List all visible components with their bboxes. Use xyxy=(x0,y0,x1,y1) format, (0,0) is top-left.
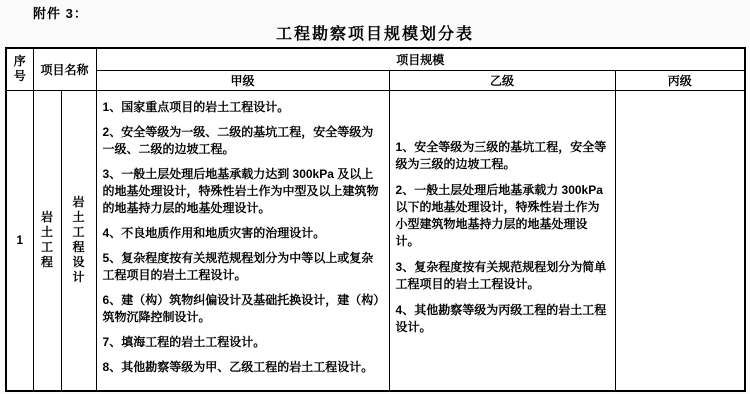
scale-item: 1、安全等级为三级的基坑工程，安全等级为三级的边坡工程。 xyxy=(396,139,609,173)
header-project-scale: 项目规模 xyxy=(96,48,745,70)
page-title: 工程勘察项目规模划分表 xyxy=(0,21,750,44)
scale-item: 5、复杂程度按有关规范规程划分为中等以上或复杂工程项目的岩土工程设计。 xyxy=(103,250,383,284)
row-subcategory-label: 岩土工程设计 xyxy=(72,195,86,285)
project-scale-table: 序号 项目名称 项目规模 甲级 乙级 丙级 1 岩土工程 岩土工程设计 1、国家… xyxy=(5,47,746,392)
header-grade-c: 丙级 xyxy=(615,70,745,90)
header-grade-a: 甲级 xyxy=(96,70,389,90)
row-serial: 1 xyxy=(6,90,33,391)
scale-item: 8、其他勘察等级为甲、乙级工程的岩土工程设计。 xyxy=(103,359,383,376)
row-subcategory: 岩土工程设计 xyxy=(61,90,96,391)
scale-item: 2、安全等级为一级、二级的基坑工程，安全等级为一级、二级的边坡工程。 xyxy=(103,124,383,158)
table-row: 1 岩土工程 岩土工程设计 1、国家重点项目的岩土工程设计。2、安全等级为一级、… xyxy=(6,90,745,391)
scale-item: 7、填海工程的岩土工程设计。 xyxy=(103,334,383,351)
header-serial-label: 序号 xyxy=(13,54,27,84)
scale-item: 6、建（构）筑物纠偏设计及基础托换设计，建（构）筑物沉降控制设计。 xyxy=(103,292,383,326)
scale-item: 1、国家重点项目的岩土工程设计。 xyxy=(103,99,383,116)
scale-item: 3、一般土层处理后地基承载力达到 300kPa 及以上的地基处理设计，特殊性岩土… xyxy=(103,166,383,217)
header-grade-b: 乙级 xyxy=(389,70,615,90)
scale-item: 4、不良地质作用和地质灾害的治理设计。 xyxy=(103,225,383,242)
grade-a-items-cell: 1、国家重点项目的岩土工程设计。2、安全等级为一级、二级的基坑工程，安全等级为一… xyxy=(96,90,389,391)
row-category: 岩土工程 xyxy=(33,90,61,391)
header-serial: 序号 xyxy=(6,48,33,90)
scale-item: 2、一般土层处理后地基承载力 300kPa 以下的地基处理设计，特殊性岩土作为小… xyxy=(396,182,609,250)
row-category-label: 岩土工程 xyxy=(40,210,54,270)
scale-item: 4、其他勘察等级为丙级工程的岩土工程设计。 xyxy=(396,302,609,336)
grade-b-items-cell: 1、安全等级为三级的基坑工程，安全等级为三级的边坡工程。2、一般土层处理后地基承… xyxy=(389,90,615,391)
grade-c-items-cell xyxy=(615,90,745,391)
attachment-label: 附件 3： xyxy=(33,3,88,22)
header-project-name: 项目名称 xyxy=(33,48,96,90)
scale-item: 3、复杂程度按有关规范规程划分为简单工程项目的岩土工程设计。 xyxy=(396,259,609,293)
